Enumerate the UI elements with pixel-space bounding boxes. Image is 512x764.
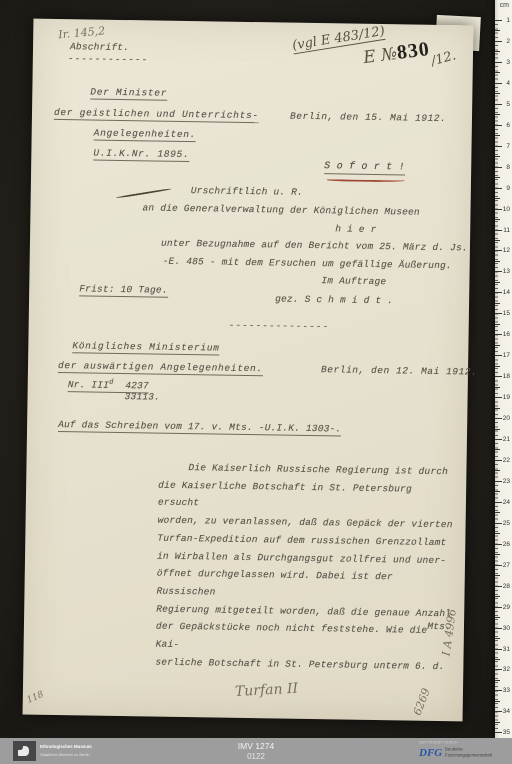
section-separator-dashes: --------------- xyxy=(229,320,330,333)
urgency-note: S o f o r t ! xyxy=(324,161,405,175)
minister-title-line3: Angelegenheiten. xyxy=(94,128,197,143)
frist-note: Frist: 10 Tage. xyxy=(79,283,168,297)
ruler-unit-label: cm xyxy=(500,2,509,9)
minister-file-ref: U.I.K.Nr. 1895. xyxy=(93,148,189,163)
line-an-die-generalverwaltung: an die Generalverwaltung der Königlichen… xyxy=(142,202,419,217)
red-emphasis-stroke xyxy=(327,178,405,182)
file-ref-upper-number: 4237 xyxy=(125,380,149,391)
ministry-file-ref: Nr. IIId 4237 33113. xyxy=(67,377,160,403)
ministry-title-line2: der auswärtigen Angelegenheiten. xyxy=(58,360,263,376)
letter-body-paragraph-end: Mts. xyxy=(354,620,451,633)
funder-branding: GEFÖRDERT DURCH DFG Deutsche Forschungsg… xyxy=(419,740,504,759)
ministry-title-line1: Königliches Ministerium xyxy=(72,340,219,355)
e-number-suffix: /12. xyxy=(430,48,458,69)
pen-check-stroke xyxy=(116,188,172,199)
minister-title-line1: Der Minister xyxy=(90,86,167,100)
funder-name-line1: Deutsche xyxy=(445,748,492,752)
abschrift-label: Abschrift. xyxy=(70,41,129,53)
letter1-dateline: Berlin, den 15. Mai 1912. xyxy=(290,111,446,124)
letter2-dateline: Berlin, den 12. Mai 1912. xyxy=(321,364,477,377)
dfg-logo: DFG xyxy=(419,748,442,759)
e-number-prefix: E № xyxy=(362,44,398,68)
minister-title-line2: der geistlichen und Unterrichts- xyxy=(54,107,259,123)
bottom-pencil-note: Turfan II xyxy=(235,681,299,700)
line-urschriftlich: Urschriftlich u. R. xyxy=(191,185,303,198)
line-ersuchen: -E. 485 - mit dem Ersuchen um gefällige … xyxy=(163,256,452,272)
page-number-pencil: 118 xyxy=(26,690,46,706)
scan-ruler: cm 1234567891011121314151617181920212223… xyxy=(495,0,512,738)
letter-body-paragraph: Die Kaiserlich Russische Regierung ist d… xyxy=(155,459,458,676)
side-pencil-note-lower: 6269 xyxy=(411,686,433,717)
file-ref-prefix: Nr. III xyxy=(68,379,109,391)
e-number-stamp: 830 xyxy=(396,38,431,64)
document-scan-viewer: Ir. 145,2 Abschrift. ------------ (vgl E… xyxy=(0,0,512,764)
digitization-footer-bar: Ethnologisches Museum Staatliche Museen … xyxy=(0,738,512,764)
line-hier: h i e r xyxy=(335,223,376,235)
file-ref-lower-number: 33113. xyxy=(124,391,160,403)
im-auftrage: Im Auftrage xyxy=(321,275,386,287)
line-bezugnahme: unter Bezugnahme auf den Bericht vom 25.… xyxy=(161,238,468,254)
subject-reference-line: Auf das Schreiben vom 17. v. Mts. -U.I.K… xyxy=(58,419,341,436)
file-ref-superscript: d xyxy=(109,379,114,387)
funder-label: GEFÖRDERT DURCH xyxy=(419,742,462,745)
pencil-note-top-left: Ir. 145,2 xyxy=(58,24,106,41)
scanned-letter-page: Ir. 145,2 Abschrift. ------------ (vgl E… xyxy=(23,19,474,722)
funder-name-line2: Forschungsgemeinschaft xyxy=(445,754,492,758)
abschrift-underline-dashes: ------------ xyxy=(68,53,149,65)
signature-gez-schmidt: gez. S c h m i d t . xyxy=(275,293,393,306)
